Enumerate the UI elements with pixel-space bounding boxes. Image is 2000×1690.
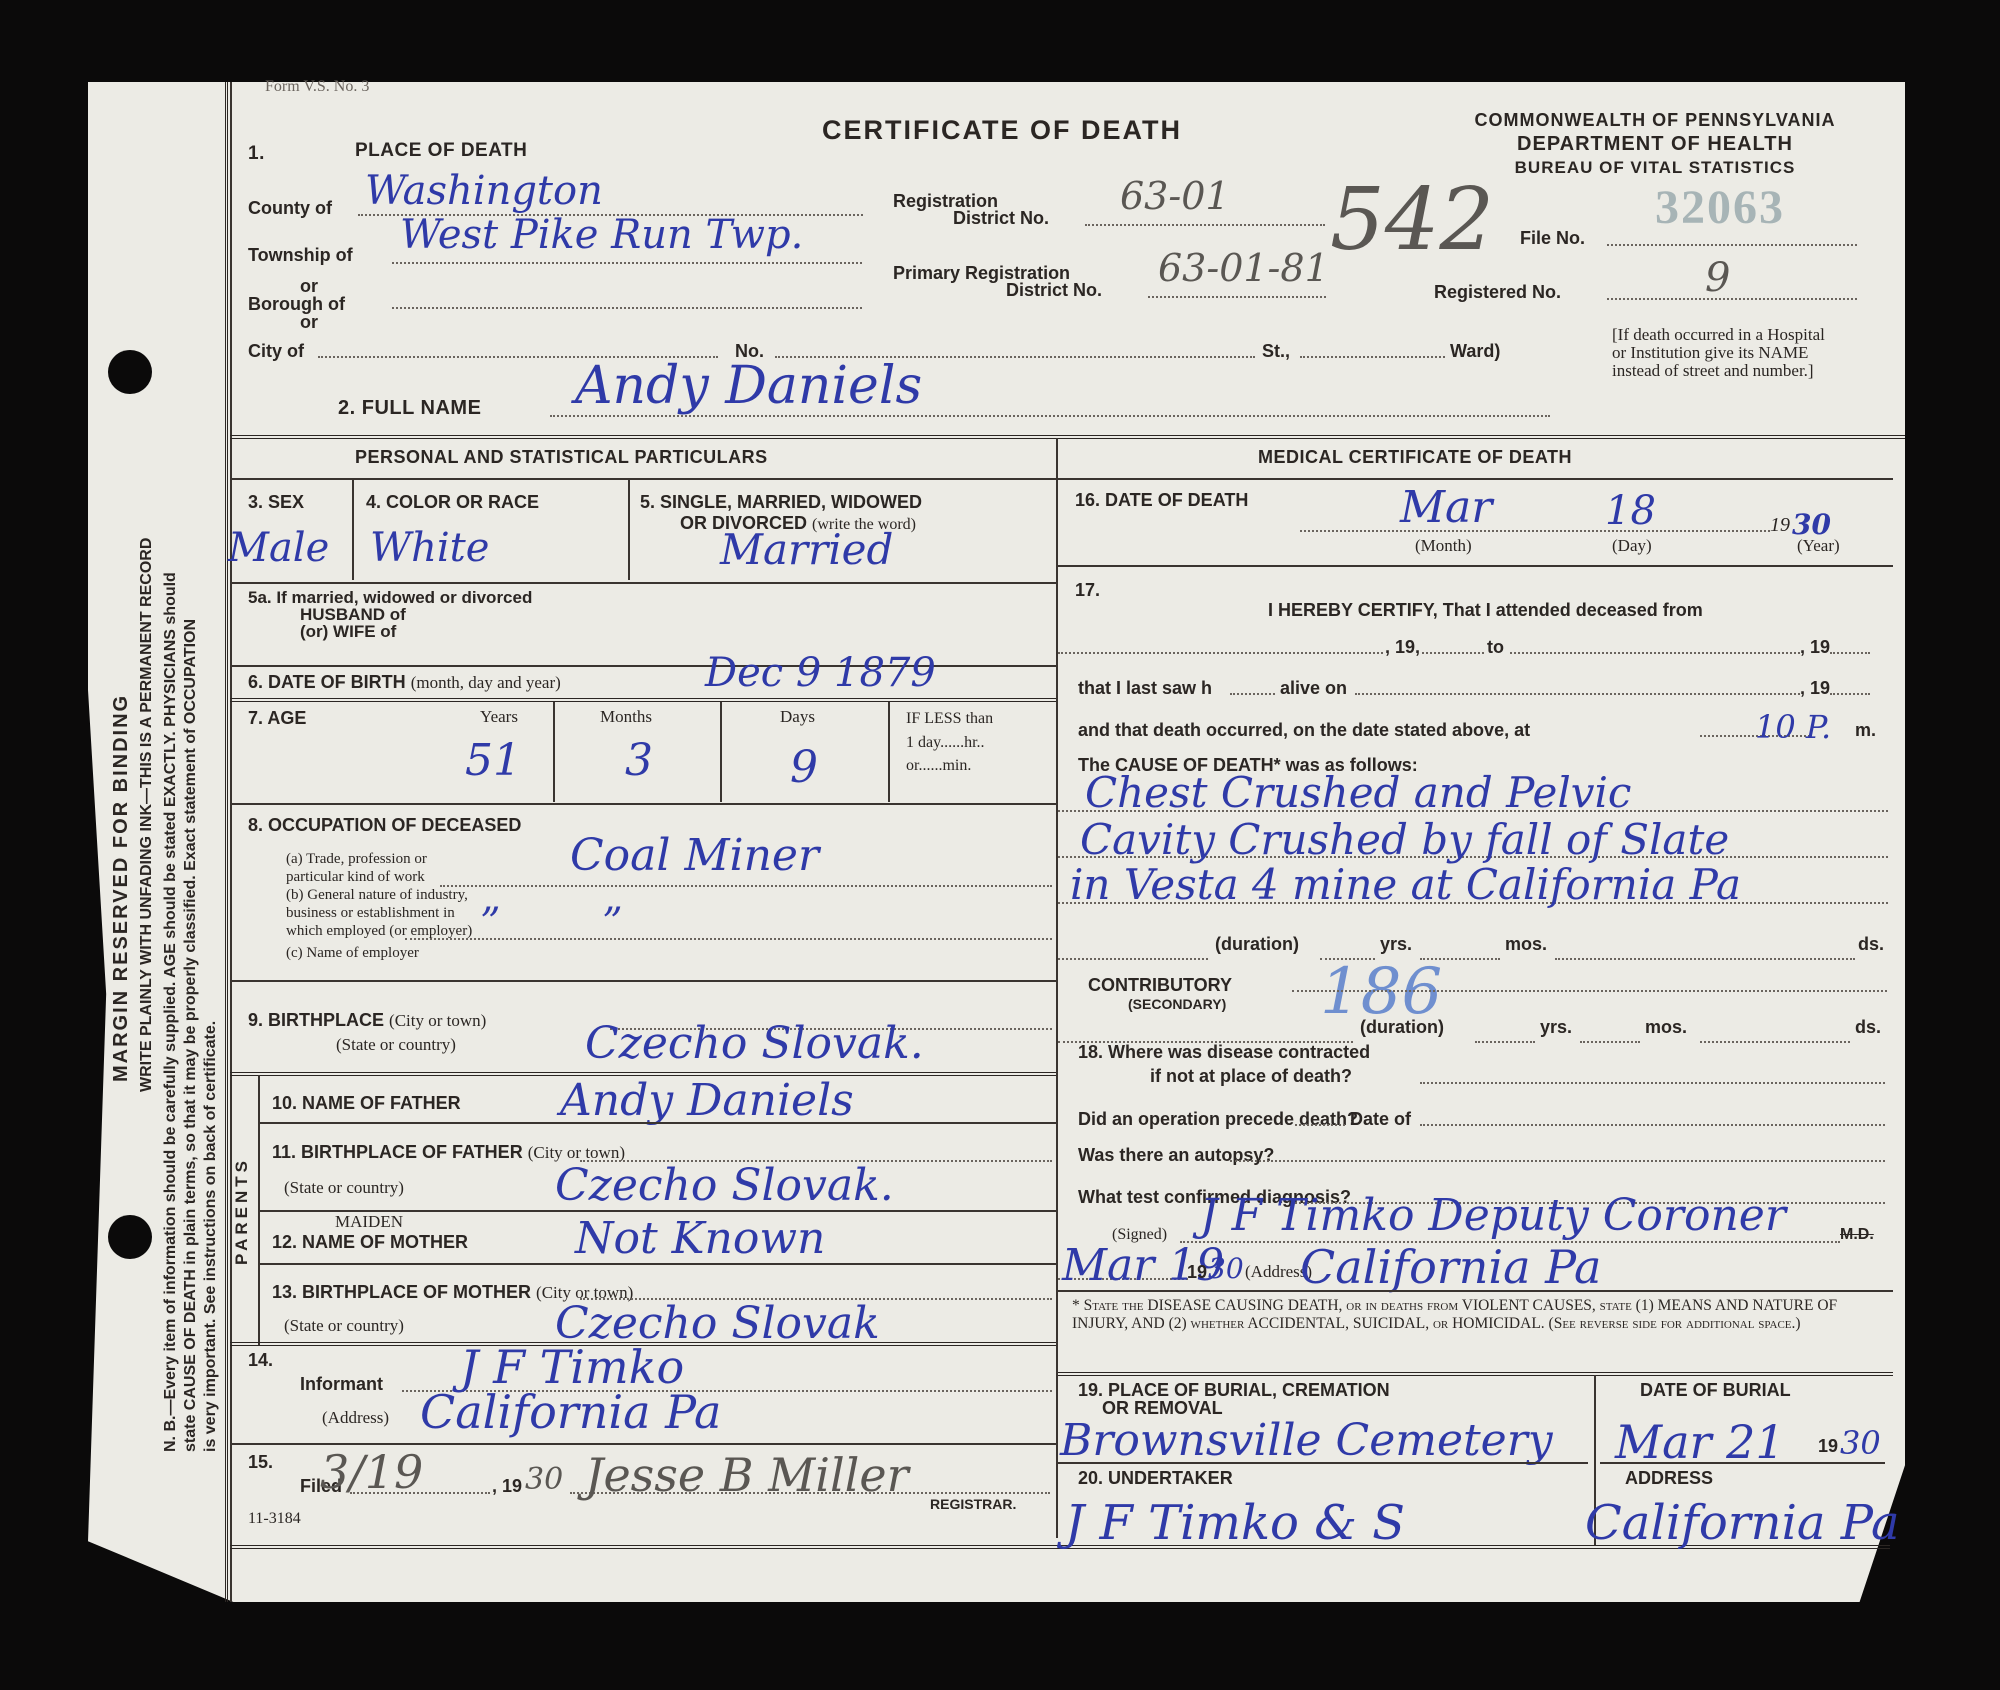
- margin-nb-line-2: state CAUSE OF DEATH in plain terms, so …: [182, 619, 200, 1452]
- binding-margin: MARGIN RESERVED FOR BINDING WRITE PLAINL…: [88, 82, 225, 1602]
- father-birthplace-label-text: 11. BIRTHPLACE OF FATHER: [272, 1142, 523, 1162]
- form-code: 11-3184: [248, 1510, 301, 1528]
- date-of-death-month[interactable]: Mar: [1400, 482, 1492, 533]
- month-caption: (Month): [1415, 536, 1472, 556]
- township-value[interactable]: West Pike Run Twp.: [400, 212, 803, 258]
- occupation-b-value[interactable]: ” ”: [480, 900, 623, 946]
- certify-line-4: and that death occurred, on the date sta…: [1078, 720, 1530, 741]
- cause-mos: mos.: [1505, 934, 1547, 955]
- race-label: 4. COLOR OR RACE: [366, 492, 539, 513]
- borough-field[interactable]: [392, 307, 862, 309]
- burial-date-year-prefix: 19: [1818, 1436, 1838, 1457]
- day-caption: (Day): [1612, 536, 1652, 556]
- full-name-value[interactable]: Andy Daniels: [575, 356, 922, 416]
- cause-duration-label: (duration): [1215, 934, 1299, 955]
- mother-maiden-label: MAIDEN: [335, 1212, 403, 1232]
- certify-line-2-end: , 19: [1800, 637, 1830, 658]
- sex-value[interactable]: Male: [228, 525, 329, 571]
- ward-label: Ward): [1450, 341, 1500, 362]
- certify-line-3-b: alive on: [1280, 678, 1347, 699]
- contracted-field[interactable]: [1420, 1082, 1885, 1084]
- operation-field[interactable]: [1295, 1124, 1345, 1126]
- year-caption: (Year): [1797, 536, 1840, 556]
- signed-md: M.D.: [1840, 1226, 1874, 1244]
- dob-value[interactable]: Dec 9 1879: [705, 650, 936, 696]
- certify-num: 17.: [1075, 580, 1100, 601]
- contributory-sub: (SECONDARY): [1128, 996, 1226, 1012]
- occupation-a-label-2: particular kind of work: [286, 869, 425, 886]
- age-years-value[interactable]: 51: [465, 735, 521, 786]
- dob-note: (month, day and year): [411, 673, 561, 692]
- contributory-field[interactable]: [1292, 990, 1887, 992]
- age-less-label-2: 1 day......hr..: [906, 734, 985, 752]
- age-months-label: Months: [600, 707, 652, 727]
- dob-label: 6. DATE OF BIRTH (month, day and year): [248, 672, 561, 693]
- informant-address-value[interactable]: California Pa: [420, 1385, 721, 1439]
- county-value[interactable]: Washington: [365, 168, 603, 214]
- pencil-number: 542: [1330, 170, 1494, 270]
- informant-label: Informant: [300, 1374, 383, 1395]
- signed-address-value[interactable]: California Pa: [1300, 1240, 1601, 1294]
- cause-line-2[interactable]: Cavity Crushed by fall of Slate: [1080, 815, 1729, 864]
- margin-nb-line-3: is very important. See instructions on b…: [202, 1021, 220, 1452]
- age-days-value[interactable]: 9: [790, 742, 818, 793]
- registered-no-value[interactable]: 9: [1705, 255, 1730, 301]
- township-label: Township of: [248, 245, 353, 266]
- or-label-2: or: [300, 312, 318, 333]
- burial-date-label: DATE OF BURIAL: [1640, 1380, 1791, 1401]
- occupation-c-label: (c) Name of employer: [286, 945, 419, 962]
- agency-line-1: COMMONWEALTH OF PENNSYLVANIA: [1430, 110, 1880, 131]
- signed-value[interactable]: J F Timko Deputy Coroner: [1200, 1190, 1786, 1241]
- contracted-label-1: 18. Where was disease contracted: [1078, 1042, 1370, 1063]
- full-name-num: 2.: [338, 397, 356, 419]
- burial-date-value[interactable]: Mar 21: [1615, 1415, 1785, 1469]
- file-number-stamp: 32063: [1655, 180, 1785, 235]
- registration-district-label-2: District No.: [953, 208, 1049, 229]
- birthplace-note-2: (State or country): [336, 1035, 456, 1055]
- mother-name-value[interactable]: Not Known: [575, 1213, 825, 1264]
- undertaker-value[interactable]: J F Timko & S: [1065, 1495, 1405, 1551]
- birthplace-note-1: (City or town): [389, 1011, 486, 1030]
- cause-ds: ds.: [1858, 934, 1884, 955]
- contributory-duration-label: (duration): [1360, 1017, 1444, 1038]
- file-no-field[interactable]: [1607, 244, 1857, 246]
- father-birthplace-value[interactable]: Czecho Slovak.: [555, 1160, 894, 1211]
- registration-district-value[interactable]: 63-01: [1120, 174, 1230, 218]
- parents-label: PARENTS: [232, 1157, 252, 1265]
- filed-year-value[interactable]: 30: [525, 1462, 563, 1497]
- date-of-death-label: 16. DATE OF DEATH: [1075, 490, 1248, 511]
- full-name-label: 2. FULL NAME: [338, 397, 481, 420]
- personal-section-title: PERSONAL AND STATISTICAL PARTICULARS: [355, 447, 768, 468]
- contributory-ds: ds.: [1855, 1017, 1881, 1038]
- informant-address-label: (Address): [322, 1408, 389, 1428]
- undertaker-label: 20. UNDERTAKER: [1078, 1468, 1233, 1489]
- occupation-a-value[interactable]: Coal Miner: [570, 830, 819, 881]
- margin-reserved-text: MARGIN RESERVED FOR BINDING: [110, 694, 133, 1082]
- contributory-mos: mos.: [1645, 1017, 1687, 1038]
- informant-num: 14.: [248, 1350, 273, 1371]
- form-number: Form V.S. No. 3: [265, 78, 369, 96]
- date-of-death-year-prefix: 19: [1770, 514, 1790, 537]
- age-less-label-1: IF LESS than: [906, 710, 993, 728]
- age-months-value[interactable]: 3: [625, 735, 653, 786]
- certify-line-3-a: that I last saw h: [1078, 678, 1212, 699]
- burial-address-value[interactable]: California Pa: [1585, 1495, 1900, 1551]
- age-years-label: Years: [480, 707, 518, 727]
- county-label: County of: [248, 198, 332, 219]
- margin-nb-line-1: N. B.—Every item of information should b…: [162, 572, 180, 1452]
- filed-num: 15.: [248, 1452, 273, 1473]
- father-name-value[interactable]: Andy Daniels: [560, 1075, 854, 1126]
- contributory-yrs: yrs.: [1540, 1017, 1572, 1038]
- birthplace-label: 9. BIRTHPLACE (City or town): [248, 1010, 486, 1031]
- certify-line-1: I HEREBY CERTIFY, That I attended deceas…: [1268, 600, 1703, 621]
- occupation-b-label-1: (b) General nature of industry,: [286, 887, 468, 904]
- registrar-signature[interactable]: Jesse B Miller: [585, 1448, 909, 1502]
- registered-no-label: Registered No.: [1434, 282, 1561, 303]
- registrar-label: REGISTRAR.: [930, 1496, 1016, 1512]
- place-of-death-num: 1.: [248, 143, 265, 165]
- operation-date-label: Date of: [1350, 1109, 1411, 1130]
- occupation-label: 8. OCCUPATION OF DECEASED: [248, 815, 521, 836]
- cause-footnote: * State the DISEASE CAUSING DEATH, or in…: [1072, 1297, 1882, 1333]
- date-of-death-day[interactable]: 18: [1605, 488, 1656, 534]
- file-no-label: File No.: [1520, 228, 1585, 249]
- spouse-label-3: (or) WIFE of: [300, 622, 396, 642]
- operation-date-field[interactable]: [1420, 1124, 1885, 1126]
- operation-label: Did an operation precede death?: [1078, 1109, 1358, 1130]
- father-name-label: 10. NAME OF FATHER: [272, 1093, 461, 1114]
- burial-date-year[interactable]: 30: [1840, 1424, 1881, 1462]
- margin-unfading-ink-text: WRITE PLAINLY WITH UNFADING INK—THIS IS …: [138, 538, 156, 1092]
- time-of-death-suffix: m.: [1855, 720, 1876, 741]
- contributory-label: CONTRIBUTORY: [1088, 975, 1232, 996]
- birthplace-label-text: 9. BIRTHPLACE: [248, 1010, 384, 1030]
- certify-line-2-to: to: [1487, 637, 1504, 658]
- age-days-label: Days: [780, 707, 815, 727]
- signed-date-year[interactable]: 30: [1208, 1252, 1244, 1285]
- dob-label-text: 6. DATE OF BIRTH: [248, 672, 406, 692]
- birthplace-value[interactable]: Czecho Slovak.: [585, 1018, 924, 1069]
- full-name-text: FULL NAME: [362, 397, 482, 419]
- agency-line-2: DEPARTMENT OF HEALTH: [1430, 133, 1880, 156]
- marital-label-1: 5. SINGLE, MARRIED, WIDOWED: [640, 492, 922, 513]
- agency-line-3: BUREAU OF VITAL STATISTICS: [1430, 158, 1880, 178]
- sex-label: 3. SEX: [248, 492, 304, 513]
- hospital-note: [If death occurred in a Hospital or Inst…: [1612, 326, 1832, 380]
- certificate-title: CERTIFICATE OF DEATH: [822, 115, 1182, 146]
- occupation-b-label-2: business or establishment in: [286, 905, 455, 922]
- autopsy-field[interactable]: [1230, 1160, 1885, 1162]
- age-less-label-3: or......min.: [906, 757, 971, 775]
- borough-label: Borough of: [248, 294, 345, 315]
- signed-date-year-prefix: 19: [1187, 1262, 1207, 1283]
- burial-place-value[interactable]: Brownsville Cemetery: [1060, 1415, 1553, 1466]
- medical-section-title: MEDICAL CERTIFICATE OF DEATH: [1258, 447, 1572, 468]
- mother-birthplace-label-text: 13. BIRTHPLACE OF MOTHER: [272, 1282, 531, 1302]
- cause-line-1[interactable]: Chest Crushed and Pelvic: [1085, 768, 1631, 817]
- mother-name-label: 12. NAME OF MOTHER: [272, 1232, 468, 1253]
- contracted-label-2: if not at place of death?: [1150, 1066, 1352, 1087]
- frame-left-inner: [230, 82, 232, 1602]
- header-divider: [230, 435, 1905, 439]
- cause-line-3[interactable]: in Vesta 4 mine at California Pa: [1070, 860, 1741, 909]
- race-value[interactable]: White: [370, 525, 489, 571]
- age-label: 7. AGE: [248, 708, 306, 729]
- father-birthplace-note-2: (State or country): [284, 1178, 404, 1198]
- occupation-a-label-1: (a) Trade, profession or: [286, 851, 427, 868]
- place-of-death-label: PLACE OF DEATH: [355, 140, 527, 162]
- time-of-death-value[interactable]: 10 P.: [1755, 708, 1831, 746]
- burial-address-label: ADDRESS: [1625, 1468, 1713, 1489]
- filed-date-value[interactable]: 3/19: [320, 1445, 423, 1499]
- certify-line-2-mid: , 19,: [1385, 637, 1420, 658]
- st-label: St.,: [1262, 341, 1290, 362]
- primary-registration-label-2: District No.: [1006, 280, 1102, 301]
- mother-birthplace-note-2: (State or country): [284, 1316, 404, 1336]
- primary-registration-value[interactable]: 63-01-81: [1158, 246, 1329, 290]
- marital-value[interactable]: Married: [720, 525, 893, 574]
- filed-year-prefix: , 19: [492, 1476, 522, 1497]
- cause-yrs: yrs.: [1380, 934, 1412, 955]
- certify-line-3-end: , 19: [1800, 678, 1830, 699]
- city-label: City of: [248, 341, 304, 362]
- autopsy-label: Was there an autopsy?: [1078, 1145, 1274, 1166]
